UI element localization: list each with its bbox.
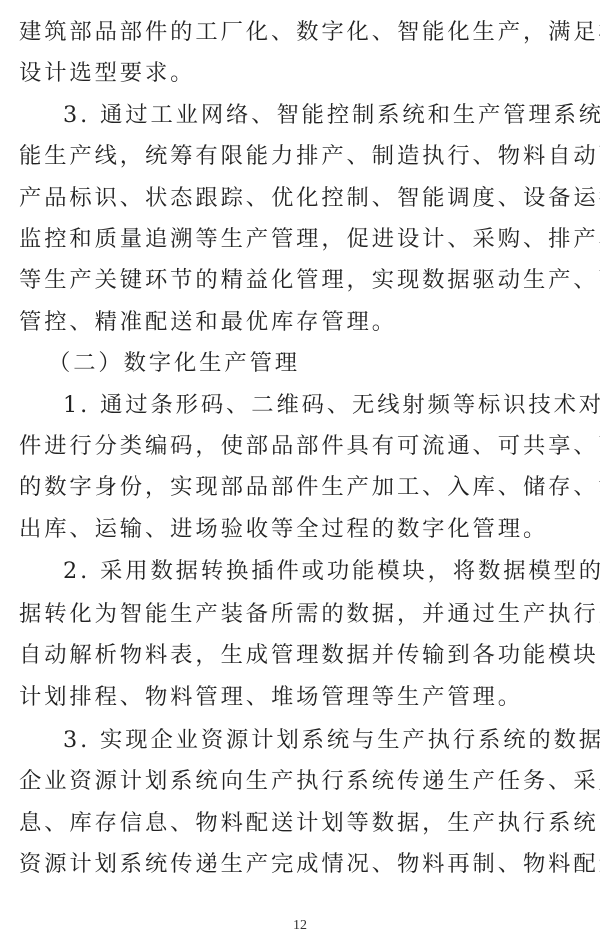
text-line-8: 管控、精准配送和最优库存管理。 — [19, 308, 585, 336]
text-line-12: 的数字身份，实现部品部件生产加工、入库、储存、调拨、 — [19, 473, 585, 501]
text-line-13: 出库、运输、进场验收等全过程的数字化管理。 — [19, 515, 585, 543]
text-line-21: 资源计划系统传递生产完成情况、物料再制、物料配送情况、 — [19, 850, 585, 878]
text-line-20: 息、库存信息、物料配送计划等数据，生产执行系统向企业 — [19, 809, 585, 837]
text-line-7: 等生产关键环节的精益化管理，实现数据驱动生产、可视化 — [19, 266, 585, 294]
section-heading: （二）数字化生产管理 — [48, 349, 600, 377]
text-line-1: 建筑部品部件的工厂化、数字化、智能化生产，满足标准化 — [19, 18, 585, 46]
paragraph-1-start: 1. 通过条形码、二维码、无线射频等标识技术对部品部 — [63, 391, 585, 419]
text-line-4: 能生产线，统筹有限能力排产、制造执行、物料自动配送、 — [19, 142, 585, 170]
text-line-2: 设计选型要求。 — [19, 59, 585, 87]
text-line-17: 计划排程、物料管理、堆场管理等生产管理。 — [19, 683, 585, 711]
text-line-6: 监控和质量追溯等生产管理，促进设计、采购、排产、物流 — [19, 225, 585, 253]
paragraph-3b-start: 3. 实现企业资源计划系统与生产执行系统的数据交互， — [63, 726, 585, 754]
text-line-19: 企业资源计划系统向生产执行系统传递生产任务、采购信 — [19, 767, 585, 795]
page-number: 12 — [0, 918, 600, 934]
text-line-16: 自动解析物料表，生成管理数据并传输到各功能模块，进行 — [19, 641, 585, 669]
text-line-11: 件进行分类编码，使部品部件具有可流通、可共享、可附加 — [19, 432, 585, 460]
paragraph-2-start: 2. 采用数据转换插件或功能模块，将数据模型的设计数 — [63, 557, 585, 585]
text-line-15: 据转化为智能生产装备所需的数据，并通过生产执行系统， — [19, 600, 585, 628]
text-line-5: 产品标识、状态跟踪、优化控制、智能调度、设备运行状态 — [19, 184, 585, 212]
paragraph-3-start: 3. 通过工业网络、智能控制系统和生产管理系统建立智 — [63, 101, 585, 129]
